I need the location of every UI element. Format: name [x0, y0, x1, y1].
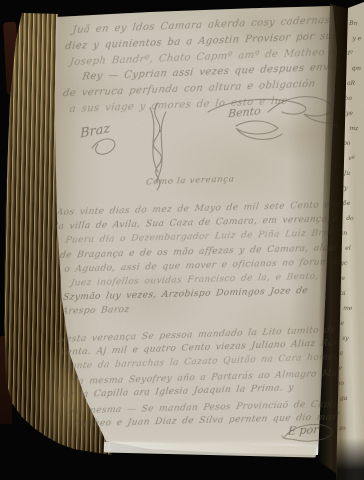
handwriting-line: y e: [345, 31, 364, 47]
handwriting-line: vª: [341, 151, 364, 167]
entry-1-text-block: Aos vinte dias do mez de Mayo de mil set…: [54, 198, 339, 319]
handwriting-line: aR: [344, 76, 364, 92]
catchword: E por: [287, 423, 319, 438]
handwriting-line: ße: [340, 196, 364, 212]
handwriting-line: ry: [340, 181, 364, 197]
manuscript-photo: Juã en ey ldos Camara akerda cosy cadern…: [0, 0, 364, 480]
handwriting-line: Ju: [341, 166, 364, 182]
handwriting-line: ye: [343, 106, 364, 122]
handwriting-line: ho: [343, 91, 364, 107]
handwriting-line: qm: [344, 61, 364, 77]
handwriting-line: po: [342, 136, 364, 152]
opening-text-block: Juã en ey ldos Camara akerda cosy cadern…: [58, 13, 337, 118]
handwriting-line: Bn: [346, 16, 364, 32]
handwriting-line: dº: [345, 46, 364, 62]
handwriting-line: mz: [342, 121, 364, 137]
